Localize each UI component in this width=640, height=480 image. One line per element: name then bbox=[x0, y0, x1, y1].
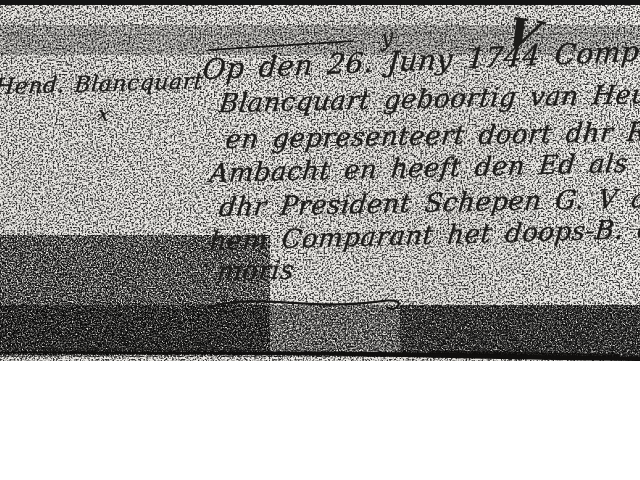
flourish-underline bbox=[203, 289, 418, 319]
scan-bottom-edge bbox=[0, 337, 640, 361]
cross-mark: x bbox=[96, 101, 110, 126]
handwriting-line-7: moris bbox=[215, 256, 296, 287]
paper-scan: V y Hend. Blancquart x Op den 26. Juny 1… bbox=[0, 5, 640, 361]
scanned-document-page: V y Hend. Blancquart x Op den 26. Juny 1… bbox=[0, 0, 640, 480]
